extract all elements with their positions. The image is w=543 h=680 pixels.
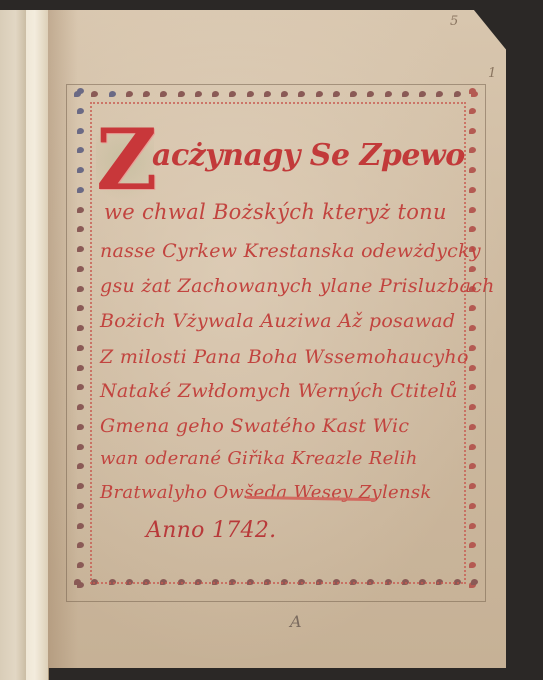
binding-fold — [26, 10, 49, 680]
bottom-signature-mark: A — [290, 612, 302, 631]
text-line-6: Nataké Zwłdomych Werných Ctitelů — [100, 380, 458, 402]
text-line-8: wan oderané Giřika Kreazle Relih — [100, 448, 418, 469]
title-line: acżynagy Se Zpewo — [152, 138, 465, 173]
text-line-9: Bratwalyho Owšeda Wesey Zylensk — [100, 482, 432, 503]
binding-stub — [0, 10, 27, 680]
text-line-1: we chwal Bożských kteryż tonu — [104, 200, 447, 224]
text-line-4: Bożich Vżywala Auziwa Až posawad — [100, 310, 455, 332]
border-vine-left — [74, 88, 86, 588]
date-line: Anno 1742. — [146, 518, 276, 543]
illuminated-initial: Z — [96, 110, 154, 210]
text-line-3: gsu żat Zachowanych ylane Prisluzbach — [100, 275, 495, 297]
text-line-5: Z milosti Pana Boha Wssemohaucyho — [100, 346, 469, 368]
border-vine-top — [74, 88, 478, 100]
border-vine-right — [466, 88, 478, 588]
folio-mark: 1 — [488, 66, 496, 81]
page-number-mark: 5 — [450, 14, 458, 29]
text-line-7: Gmena geho Swatého Kast Wic — [100, 415, 409, 437]
text-line-2: nasse Cyrkew Krestanska odewżdycky — [100, 240, 481, 262]
